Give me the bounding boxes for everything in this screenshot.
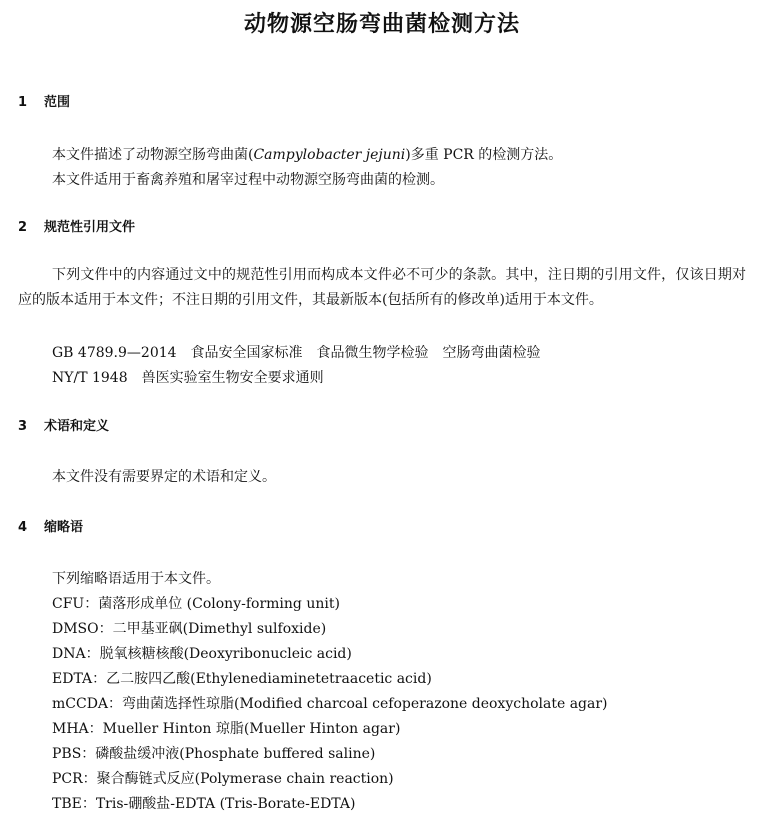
section-number: 4 [18, 519, 44, 537]
abbreviation-item: EDTA：乙二胺四乙酸(Ethylenediaminetetraacetic a… [52, 669, 432, 689]
section-number: 2 [18, 219, 44, 237]
scope-line-2: 本文件适用于畜禽养殖和屠宰过程中动物源空肠弯曲菌的检测。 [52, 170, 444, 190]
document-title: 动物源空肠弯曲菌检测方法 [0, 10, 764, 40]
reference-title-part: 食品微生物学检验 [317, 345, 429, 361]
reference-title-part: 食品安全国家标准 [191, 345, 303, 361]
scope-line-1: 本文件描述了动物源空肠弯曲菌(Campylobacter jejuni)多重 P… [52, 145, 562, 165]
section-number: 3 [18, 418, 44, 436]
section-number: 1 [18, 94, 44, 112]
normative-paragraph: 下列文件中的内容通过文中的规范性引用而构成本文件必不可少的条款。其中，注日期的引… [18, 263, 746, 313]
reference-gb4789: GB 4789.9—2014食品安全国家标准食品微生物学检验空肠弯曲菌检验 [52, 343, 541, 363]
reference-code: GB 4789.9—2014 [52, 343, 177, 363]
abbreviation-item: CFU：菌落形成单位 (Colony-forming unit) [52, 594, 340, 614]
abbreviation-item: DMSO：二甲基亚砜(Dimethyl sulfoxide) [52, 619, 326, 639]
scope-text: 本文件描述了动物源空肠弯曲菌( [52, 147, 253, 163]
section-heading-normative-references: 2规范性引用文件 [18, 219, 135, 237]
section-title: 规范性引用文件 [44, 220, 135, 235]
scope-text: )多重 PCR 的检测方法。 [405, 147, 562, 163]
abbreviation-item: PCR：聚合酶链式反应(Polymerase chain reaction) [52, 769, 394, 789]
section-heading-abbreviations: 4缩略语 [18, 519, 83, 537]
abbreviation-item: mCCDA：弯曲菌选择性琼脂(Modified charcoal cefoper… [52, 694, 608, 714]
section-title: 术语和定义 [44, 419, 109, 434]
section-title: 范围 [44, 95, 70, 110]
reference-code: NY/T 1948 [52, 368, 128, 388]
abbreviations-intro: 下列缩略语适用于本文件。 [52, 569, 220, 589]
section-title: 缩略语 [44, 520, 83, 535]
terms-text: 本文件没有需要界定的术语和定义。 [52, 467, 276, 487]
reference-title-part: 兽医实验室生物安全要求通则 [142, 370, 324, 386]
reference-nyt1948: NY/T 1948兽医实验室生物安全要求通则 [52, 368, 324, 388]
abbreviation-item: MHA：Mueller Hinton 琼脂(Mueller Hinton aga… [52, 719, 400, 739]
abbreviation-item: TBE：Tris-硼酸盐-EDTA (Tris-Borate-EDTA) [52, 794, 355, 814]
species-name: Campylobacter jejuni [253, 147, 405, 163]
abbreviation-item: DNA：脱氧核糖核酸(Deoxyribonucleic acid) [52, 644, 352, 664]
abbreviation-item: PBS：磷酸盐缓冲液(Phosphate buffered saline) [52, 744, 375, 764]
section-heading-scope: 1范围 [18, 94, 70, 112]
section-heading-terms: 3术语和定义 [18, 418, 109, 436]
reference-title-part: 空肠弯曲菌检验 [443, 345, 541, 361]
